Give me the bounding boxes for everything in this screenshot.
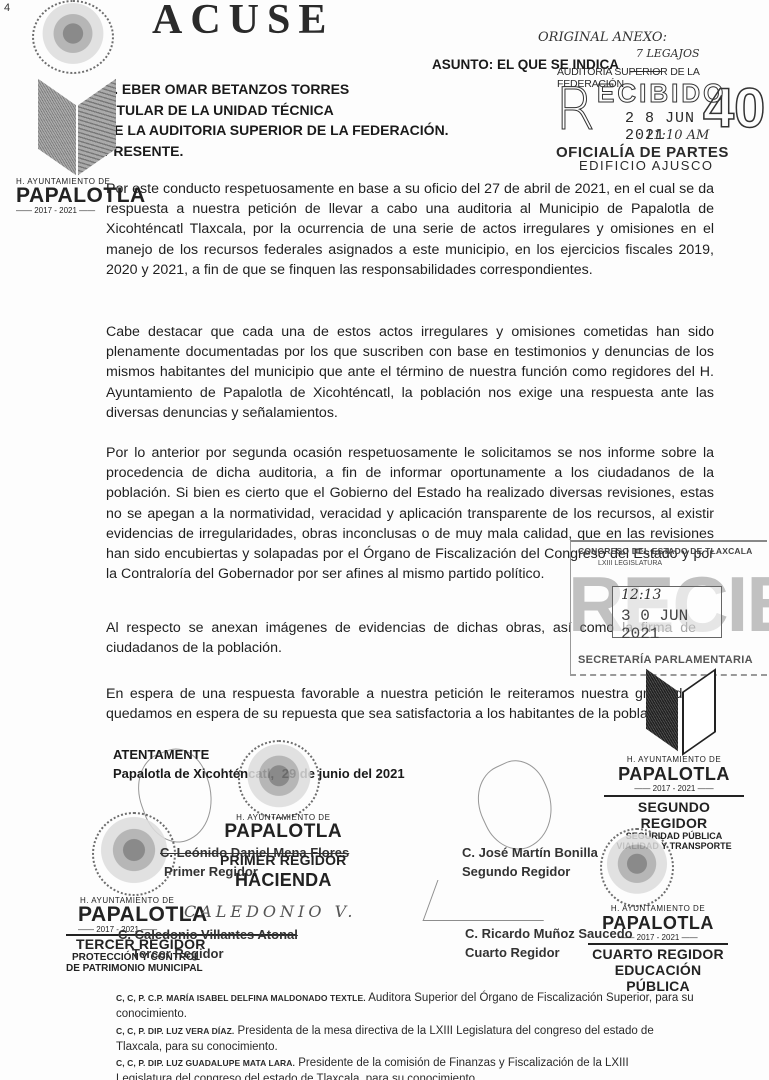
stamp-ayuntamiento-label: H. AYUNTAMIENTO DE xyxy=(604,755,744,764)
stamp-papalotla-name: PAPALOTLA xyxy=(220,822,346,842)
papalotla-butterfly-logo-dark xyxy=(642,676,722,756)
signatory-2-role: Segundo Regidor xyxy=(462,862,598,881)
handwritten-annexes-note: ORIGINAL ANEXO: xyxy=(538,30,667,45)
body-paragraph-2: Cabe destacar que cada una de estos acto… xyxy=(106,322,714,423)
page-corner-mark: 4 xyxy=(4,2,10,14)
cuarto-regidor-stamp: H. AYUNTAMIENTO DE PAPALOTLA —— 2017 - 2… xyxy=(588,904,728,994)
recipient-presente: PRESENTE. xyxy=(104,141,449,162)
body-paragraph-1: Por este conducto respetuosamente en bas… xyxy=(106,179,714,280)
congreso-stamp-date: 3 0 JUN 2021 xyxy=(621,607,721,643)
congreso-stamp-time: 12:13 xyxy=(621,587,661,603)
asf-stamp-building: EDIFICIO AJUSCO xyxy=(579,158,713,173)
stamp-years: —— 2017 - 2021 —— xyxy=(588,933,728,942)
primer-regidor-stamp: H. AYUNTAMIENTO DE PAPALOTLA PRIMER REGI… xyxy=(220,813,346,891)
signatory-3-role: Tercer Regidor xyxy=(132,944,298,963)
congreso-stamp-header: CONGRESO DEL ESTADO DE TLAXCALA xyxy=(578,546,752,556)
stamp-segundo-regidor-title: SEGUNDO REGIDOR xyxy=(604,799,744,831)
cc-item-1: C, C, P. C.P. MARÍA ISABEL DELFINA MALDO… xyxy=(116,990,728,1006)
stamp-primer-regidor-area: HACIENDA xyxy=(220,870,346,891)
document-title: ACUSE xyxy=(152,0,334,44)
handwritten-legajos-note: 7 LEGAJOS xyxy=(636,47,700,60)
recipient-institution: DE LA AUDITORIA SUPERIOR DE LA FEDERACIÓ… xyxy=(104,120,449,141)
stamp-tercer-regidor-area-2: DE PATRIMONIO MUNICIPAL xyxy=(66,963,296,974)
signature-scribble-4 xyxy=(423,880,559,921)
papalotla-butterfly-logo xyxy=(28,88,128,168)
signatory-3-handwriting: CALEDONIO V. xyxy=(184,902,356,921)
congreso-stamp-footer: SECRETARÍA PARLAMENTARIA xyxy=(578,654,753,666)
stamp-papalotla-name: PAPALOTLA xyxy=(588,913,728,933)
recipient-block: C. EBER OMAR BETANZOS TORRES TITULAR DE … xyxy=(104,79,449,161)
recipient-name: C. EBER OMAR BETANZOS TORRES xyxy=(104,79,449,100)
asf-stamp-time: 11:10 AM xyxy=(645,128,709,143)
congreso-received-stamp: CONGRESO DEL ESTADO DE TLAXCALA LXIII LE… xyxy=(578,540,768,680)
stamp-cuarto-regidor-area-1: EDUCACIÓN xyxy=(588,962,728,978)
recipient-title: TITULAR DE LA UNIDAD TÉCNICA xyxy=(104,100,449,121)
cc-list: C, C, P. C.P. MARÍA ISABEL DELFINA MALDO… xyxy=(116,990,728,1080)
stamp-papalotla-name: PAPALOTLA xyxy=(604,764,744,784)
cc-item-3: C, C, P. DIP. LUZ GUADALUPE MATA LARA. P… xyxy=(116,1055,728,1071)
stamp-ayuntamiento-label: H. AYUNTAMIENTO DE xyxy=(588,904,728,913)
signatory-3-name: C. Caledonio Villantes Atonal xyxy=(118,925,298,944)
cc-item-2: C, C, P. DIP. LUZ VERA DÍAZ. Presidenta … xyxy=(116,1023,728,1039)
asf-stamp-r: R xyxy=(555,80,595,138)
signatory-2: C. José Martín Bonilla Segundo Regidor xyxy=(462,843,598,881)
stamp-cuarto-regidor-title: CUARTO REGIDOR xyxy=(588,946,728,962)
coat-of-arms-seal-4 xyxy=(600,828,674,907)
stamp-years: —— 2017 - 2021 —— xyxy=(604,784,744,793)
body-paragraph-5: En espera de una respuesta favorable a n… xyxy=(106,684,696,724)
congreso-stamp-datebox: 12:13 3 0 JUN 2021 xyxy=(612,586,722,638)
coat-of-arms-seal xyxy=(32,0,114,74)
asf-received-stamp: AUDITORIA SUPERIOR DE LA FEDERACIÓN R EC… xyxy=(555,66,740,170)
coat-of-arms-seal-2 xyxy=(238,740,320,819)
asf-stamp-number: 40 xyxy=(703,80,765,136)
signatory-2-name: C. José Martín Bonilla xyxy=(462,843,598,862)
signatory-3: C. Caledonio Villantes Atonal Tercer Reg… xyxy=(118,925,298,963)
stamp-primer-regidor-title: PRIMER REGIDOR xyxy=(220,852,346,868)
